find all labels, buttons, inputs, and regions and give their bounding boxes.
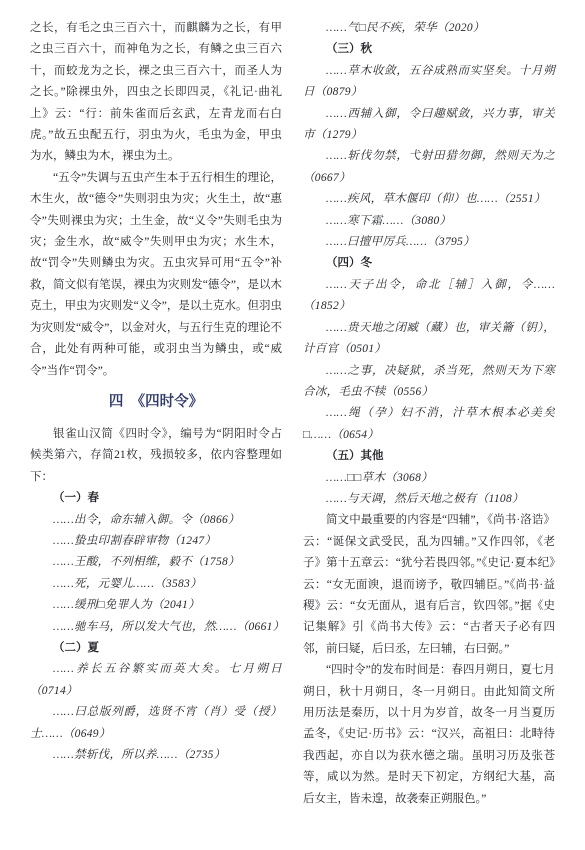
slip-line: ……蛰虫印割春辟审物（1247） bbox=[30, 531, 282, 552]
document-page: 之长，有毛之虫三百六十，而麒麟为之长，有甲之虫三百六十，而神龟为之长，有鳞之虫三… bbox=[0, 0, 585, 850]
right-column: ……气□民不疾，荣华（2020） （三）秋 ……草木收敛，五谷成熟而实坚矣。十月… bbox=[303, 18, 555, 810]
slip-line: ……贵天地之闭臧（藏）也，审关籥（钥），计百官（0501） bbox=[303, 318, 555, 361]
slip-line: ……绳（孕）妇不消，汁草木根本必美矣□……（0654） bbox=[303, 403, 555, 446]
slip-line: ……养长五谷繁实而英大矣。七月朔日（0714） bbox=[30, 659, 282, 702]
two-column-layout: 之长，有毛之虫三百六十，而麒麟为之长，有甲之虫三百六十，而神龟为之长，有鳞之虫三… bbox=[30, 18, 555, 810]
slip-line: ……西辅入御，令曰趣赋敛，兴力事，审关市（1279） bbox=[303, 104, 555, 147]
season-header-summer: （二）夏 bbox=[30, 638, 282, 659]
slip-line: ……禁斩伐，所以养……（2735） bbox=[30, 745, 282, 766]
slip-line: ……疾风，草木偃印（仰）也……（2551） bbox=[303, 189, 555, 210]
season-header-winter: （四）冬 bbox=[303, 253, 555, 274]
slip-line: ……斩伐勿禁，弋射田猎勿御，然则天为之（0667） bbox=[303, 146, 555, 189]
slip-line: ……王酸，不列相维，毅不（1758） bbox=[30, 552, 282, 573]
slip-line: ……出令，命东辅入御。令（0866） bbox=[30, 510, 282, 531]
section-heading: 四 《四时令》 bbox=[30, 391, 282, 413]
slip-line: ……与天调，然后天地之极有（1108） bbox=[303, 489, 555, 510]
slip-line: ……缓刑□免罪人为（2041） bbox=[30, 595, 282, 616]
paragraph-intro: 银雀山汉简《四时令》，编号为“阴阳时令占候类第六，存简21枚，残损较多，依内容整… bbox=[30, 424, 282, 488]
slip-line: ……□□草木（3068） bbox=[303, 468, 555, 489]
paragraph-release-time: “四时令”的发布时间是：春四月朔日，夏七月朔日，秋十月朔日，冬一月朔日。由此知简… bbox=[303, 660, 555, 810]
slip-line: ……之事，决疑狱，杀当死，然则天为下寒合冰，毛虫不犊（0556） bbox=[303, 361, 555, 404]
slip-line: ……寒下霜……（3080） bbox=[303, 211, 555, 232]
season-header-spring: （一）春 bbox=[30, 488, 282, 509]
slip-line: ……草木收敛，五谷成熟而实坚矣。十月朔日（0879） bbox=[303, 61, 555, 104]
slip-line: ……曰擅甲厉兵……（3795） bbox=[303, 232, 555, 253]
season-header-other: （五）其他 bbox=[303, 446, 555, 467]
slip-line: ……驰车马，所以发大气也，然……（0661） bbox=[30, 617, 282, 638]
slip-line: ……气□民不疾，荣华（2020） bbox=[303, 18, 555, 39]
paragraph-five-creatures: 之长，有毛之虫三百六十，而麒麟为之长，有甲之虫三百六十，而神龟为之长，有鳞之虫三… bbox=[30, 18, 282, 168]
paragraph-five-orders: “五令”失调与五虫产生本于五行相生的理论，木生火，故“德令”失则羽虫为灾；火生土… bbox=[30, 168, 282, 382]
slip-line: ……曰总版列爵，选贤不宵（肖）受（授）士……（0649） bbox=[30, 702, 282, 745]
paragraph-sifu: 简文中最重要的内容是“四辅”，《尚书·洛诰》云：“诞保文武受民，乱为四辅。”又作… bbox=[303, 510, 555, 660]
slip-line: ……天子出令，命北［辅］入御，令……（1852） bbox=[303, 275, 555, 318]
left-column: 之长，有毛之虫三百六十，而麒麟为之长，有甲之虫三百六十，而神龟为之长，有鳞之虫三… bbox=[30, 18, 282, 810]
season-header-autumn: （三）秋 bbox=[303, 39, 555, 60]
slip-line: ……死，元婴儿……（3583） bbox=[30, 574, 282, 595]
